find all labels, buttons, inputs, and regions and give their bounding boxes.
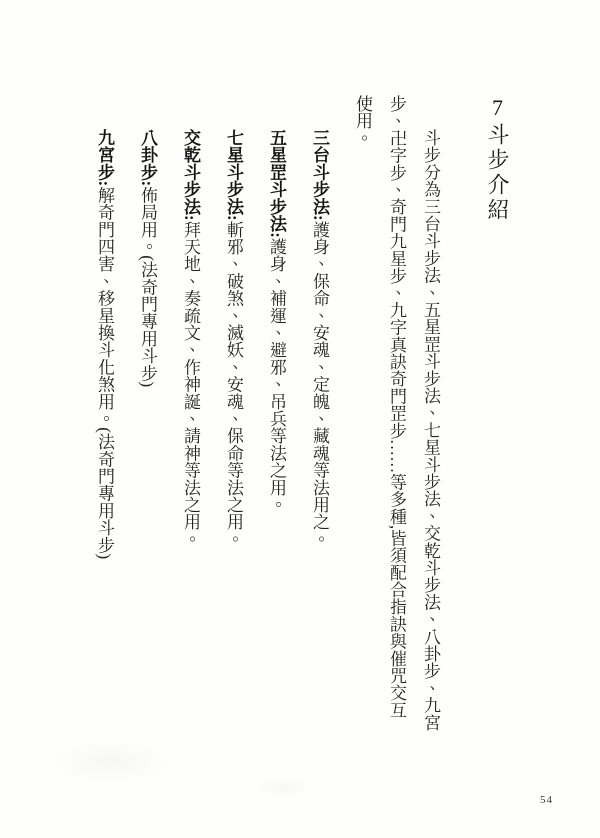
chapter-title-text: 斗步介紹 <box>485 123 510 223</box>
section-name: 三台斗步法 <box>310 129 329 215</box>
section-paragraph: 七星斗步法:斬邪、破煞、滅妖、安魂、保命等法之用。 <box>216 95 250 732</box>
section-paragraph: 交乾斗步法:拜天地、奏疏文、作神誕、請神等法之用。 <box>173 95 207 732</box>
page-text-block: 7斗步介紹 斗步分為三台斗步法、五星罡斗步法、七星斗步法、交乾斗步法、八卦步、九… <box>87 95 517 732</box>
section-paragraph: 五星罡斗步法:護身、補運、避邪、吊兵等法之用。 <box>259 95 293 732</box>
section-name: 交乾斗步法 <box>181 129 200 215</box>
section-description: 護身、保命、安魂、定魄、藏魂等法用之。 <box>310 221 329 548</box>
section-paragraph: 九宮步:解奇門四害、移星換斗化煞用。(法奇門專用斗步) <box>87 95 121 732</box>
section-description: 護身、補運、避邪、吊兵等法之用。 <box>267 238 286 513</box>
section-paragraph: 三台斗步法:護身、保命、安魂、定魄、藏魂等法用之。 <box>302 95 336 732</box>
section-name: 七星斗步法 <box>224 129 243 215</box>
section-description: 解奇門四害、移星換斗化煞用。(法奇門專用斗步) <box>95 186 114 559</box>
intro-paragraph: 斗步分為三台斗步法、五星罡斗步法、七星斗步法、交乾斗步法、八卦步、九宮步、卍字步… <box>345 95 447 732</box>
section-description: 拜天地、奏疏文、作神誕、請神等法之用。 <box>181 221 200 548</box>
chapter-number: 7 <box>479 95 515 123</box>
section-paragraph: 八卦步:佈局用。(法奇門專用斗步) <box>130 95 164 732</box>
section-description: 斬邪、破煞、滅妖、安魂、保命等法之用。 <box>224 221 243 548</box>
section-name: 八卦步 <box>138 129 157 181</box>
page-number: 54 <box>540 794 553 806</box>
section-description: 佈局用。(法奇門專用斗步) <box>138 186 157 387</box>
chapter-title: 7斗步介紹 <box>469 95 517 732</box>
book-page: 7斗步介紹 斗步分為三台斗步法、五星罡斗步法、七星斗步法、交乾斗步法、八卦步、九… <box>0 0 600 838</box>
section-name: 九宮步 <box>95 129 114 181</box>
section-name: 五星罡斗步法 <box>267 129 286 232</box>
